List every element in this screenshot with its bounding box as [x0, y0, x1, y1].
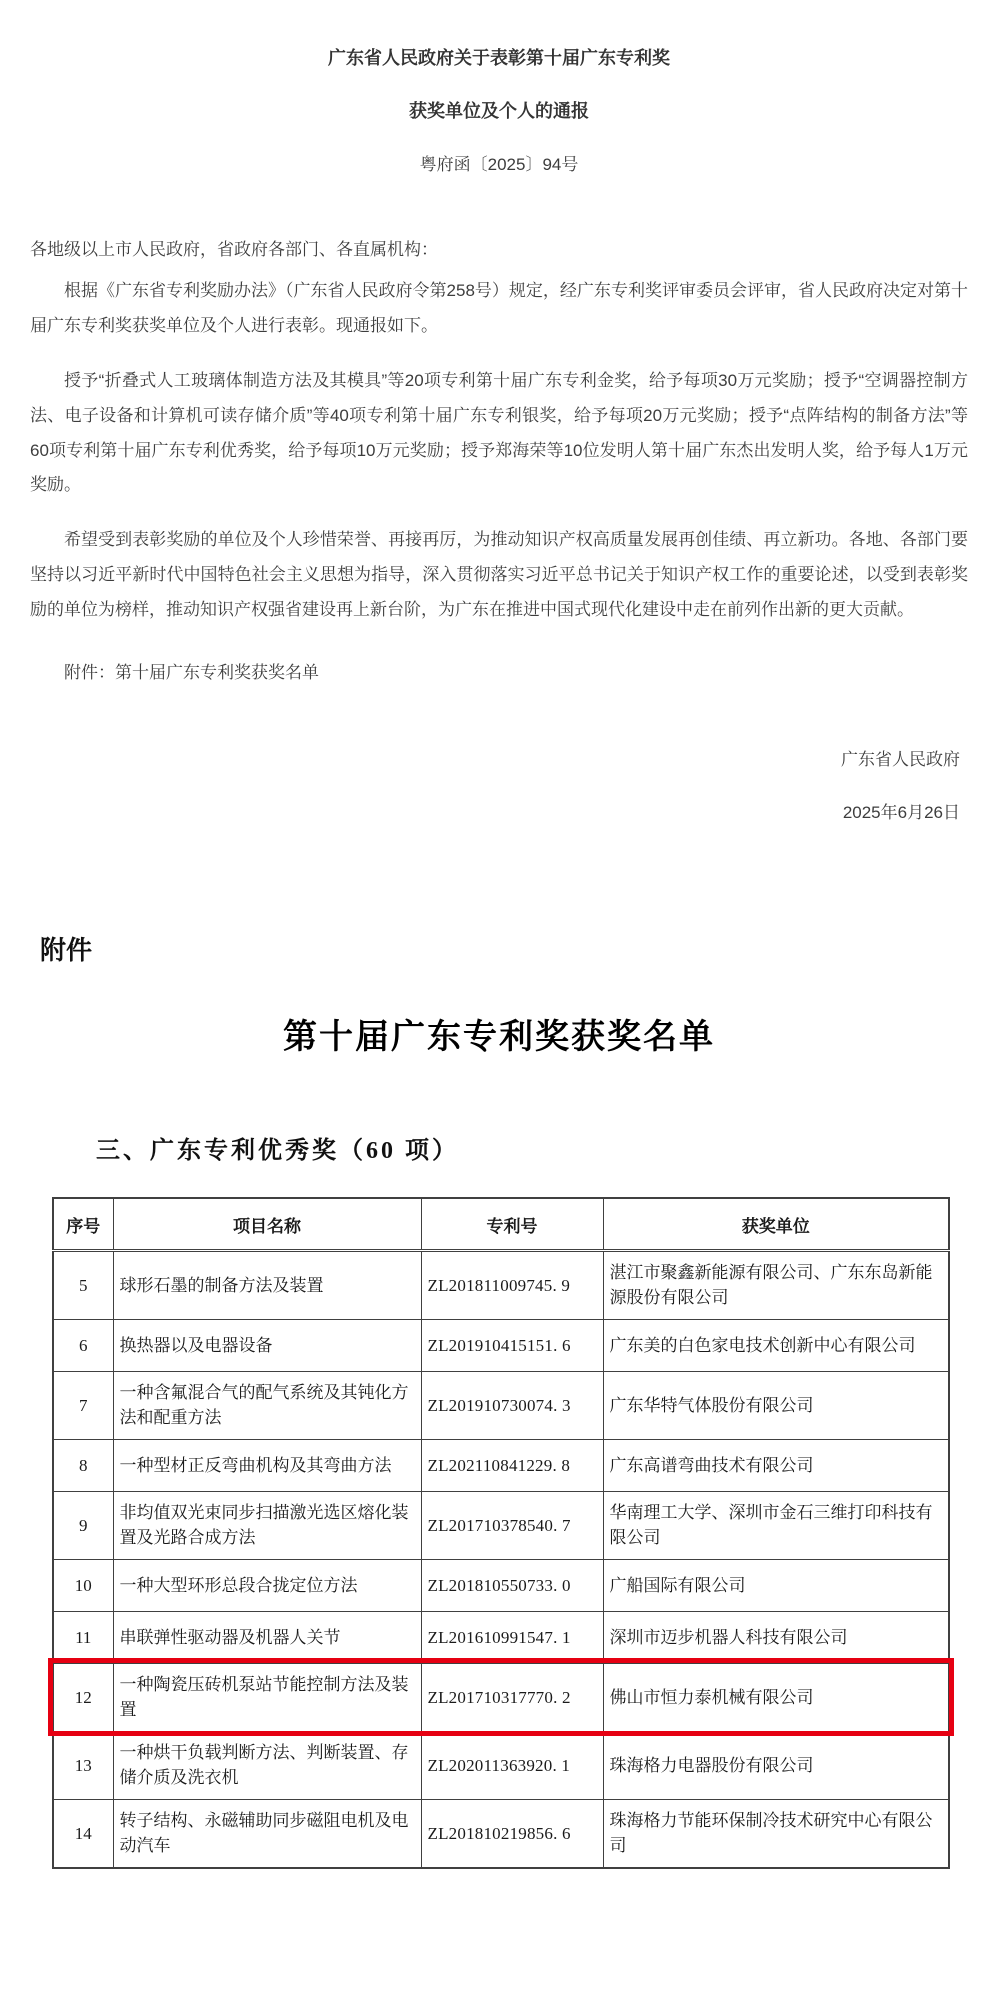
letter-paragraph: 根据《广东省专利奖励办法》（广东省人民政府令第258号）规定，经广东专利奖评审委… [30, 274, 968, 344]
letter-title-line1: 广东省人民政府关于表彰第十届广东专利奖 [30, 46, 968, 71]
patent-number: ZL201710378540. 7 [421, 1491, 603, 1559]
row-number: 8 [53, 1439, 113, 1491]
award-table-body: 5球形石墨的制备方法及装置ZL201811009745. 9湛江市聚鑫新能源有限… [53, 1250, 949, 1868]
section-heading: 三、广东专利优秀奖（60 项） [96, 1130, 968, 1165]
signature-block: 广东省人民政府 2025年6月26日 [30, 743, 968, 831]
row-number: 6 [53, 1319, 113, 1371]
project-name: 非均值双光束同步扫描激光选区熔化装置及光路合成方法 [113, 1491, 421, 1559]
row-number: 13 [53, 1731, 113, 1799]
letter-title-line2: 获奖单位及个人的通报 [30, 99, 968, 124]
column-header: 专利号 [421, 1198, 603, 1250]
attachment-section: 附件 第十届广东专利奖获奖名单 三、广东专利优秀奖（60 项） 序号项目名称专利… [30, 930, 968, 1869]
patent-number: ZL201810219856. 6 [421, 1799, 603, 1868]
row-number: 7 [53, 1371, 113, 1439]
doc-number: 粤府函〔2025〕94号 [30, 150, 968, 175]
signer-name: 广东省人民政府 [30, 743, 960, 778]
letter-section: 广东省人民政府关于表彰第十届广东专利奖 获奖单位及个人的通报 粤府函〔2025〕… [30, 46, 968, 830]
award-unit: 广东高谱弯曲技术有限公司 [603, 1439, 949, 1491]
document-page: { "letter": { "title_line1": "广东省人民政府关于表… [0, 0, 1000, 1997]
table-row: 11串联弹性驱动器及机器人关节ZL201610991547. 1深圳市迈步机器人… [53, 1611, 949, 1663]
project-name: 换热器以及电器设备 [113, 1319, 421, 1371]
patent-number: ZL201610991547. 1 [421, 1611, 603, 1663]
letter-paragraph: 希望受到表彰奖励的单位及个人珍惜荣誉、再接再厉，为推动知识产权高质量发展再创佳绩… [30, 523, 968, 628]
award-table: 序号项目名称专利号获奖单位 5球形石墨的制备方法及装置ZL20181100974… [52, 1197, 950, 1869]
patent-number: ZL201910730074. 3 [421, 1371, 603, 1439]
project-name: 一种型材正反弯曲机构及其弯曲方法 [113, 1439, 421, 1491]
row-number: 14 [53, 1799, 113, 1868]
row-number: 12 [53, 1663, 113, 1731]
award-unit: 湛江市聚鑫新能源有限公司、广东东岛新能源股份有限公司 [603, 1250, 949, 1319]
award-unit: 珠海格力电器股份有限公司 [603, 1731, 949, 1799]
patent-number: ZL201810550733. 0 [421, 1559, 603, 1611]
patent-number: ZL202110841229. 8 [421, 1439, 603, 1491]
award-unit: 华南理工大学、深圳市金石三维打印科技有限公司 [603, 1491, 949, 1559]
column-header: 获奖单位 [603, 1198, 949, 1250]
project-name: 转子结构、永磁辅助同步磁阻电机及电动汽车 [113, 1799, 421, 1868]
project-name: 球形石墨的制备方法及装置 [113, 1250, 421, 1319]
patent-number: ZL201910415151. 6 [421, 1319, 603, 1371]
signature-date: 2025年6月26日 [30, 796, 960, 831]
salutation: 各地级以上市人民政府，省政府各部门、各直属机构： [30, 233, 968, 268]
award-table-header-row: 序号项目名称专利号获奖单位 [53, 1198, 949, 1250]
table-row: 14转子结构、永磁辅助同步磁阻电机及电动汽车ZL201810219856. 6珠… [53, 1799, 949, 1868]
patent-number: ZL201710317770. 2 [421, 1663, 603, 1731]
award-unit: 广船国际有限公司 [603, 1559, 949, 1611]
award-unit: 佛山市恒力泰机械有限公司 [603, 1663, 949, 1731]
project-name: 一种陶瓷压砖机泵站节能控制方法及装置 [113, 1663, 421, 1731]
attachment-title: 第十届广东专利奖获奖名单 [30, 1009, 968, 1058]
attachment-label: 附件 [30, 930, 968, 967]
row-number: 9 [53, 1491, 113, 1559]
award-unit: 广东美的白色家电技术创新中心有限公司 [603, 1319, 949, 1371]
row-number: 10 [53, 1559, 113, 1611]
letter-paragraph: 授予“折叠式人工玻璃体制造方法及其模具”等20项专利第十届广东专利金奖，给予每项… [30, 364, 968, 503]
table-row: 9非均值双光束同步扫描激光选区熔化装置及光路合成方法ZL201710378540… [53, 1491, 949, 1559]
row-number: 5 [53, 1250, 113, 1319]
table-row: 8一种型材正反弯曲机构及其弯曲方法ZL202110841229. 8广东高谱弯曲… [53, 1439, 949, 1491]
table-row: 7一种含氟混合气的配气系统及其钝化方法和配重方法ZL201910730074. … [53, 1371, 949, 1439]
table-row-highlighted: 12一种陶瓷压砖机泵站节能控制方法及装置ZL201710317770. 2佛山市… [53, 1663, 949, 1731]
project-name: 一种含氟混合气的配气系统及其钝化方法和配重方法 [113, 1371, 421, 1439]
patent-number: ZL201811009745. 9 [421, 1250, 603, 1319]
project-name: 一种烘干负载判断方法、判断装置、存储介质及洗衣机 [113, 1731, 421, 1799]
table-row: 5球形石墨的制备方法及装置ZL201811009745. 9湛江市聚鑫新能源有限… [53, 1250, 949, 1319]
table-row: 13一种烘干负载判断方法、判断装置、存储介质及洗衣机ZL202011363920… [53, 1731, 949, 1799]
column-header: 项目名称 [113, 1198, 421, 1250]
project-name: 串联弹性驱动器及机器人关节 [113, 1611, 421, 1663]
award-unit: 广东华特气体股份有限公司 [603, 1371, 949, 1439]
patent-number: ZL202011363920. 1 [421, 1731, 603, 1799]
page: 广东省人民政府关于表彰第十届广东专利奖 获奖单位及个人的通报 粤府函〔2025〕… [0, 0, 1000, 1869]
attachment-note: 附件：第十届广东专利奖获奖名单 [30, 656, 968, 691]
row-number: 11 [53, 1611, 113, 1663]
letter-paragraphs: 根据《广东省专利奖励办法》（广东省人民政府令第258号）规定，经广东专利奖评审委… [30, 274, 968, 628]
award-unit: 深圳市迈步机器人科技有限公司 [603, 1611, 949, 1663]
table-row: 6换热器以及电器设备ZL201910415151. 6广东美的白色家电技术创新中… [53, 1319, 949, 1371]
project-name: 一种大型环形总段合拢定位方法 [113, 1559, 421, 1611]
table-row: 10一种大型环形总段合拢定位方法ZL201810550733. 0广船国际有限公… [53, 1559, 949, 1611]
column-header: 序号 [53, 1198, 113, 1250]
award-unit: 珠海格力节能环保制冷技术研究中心有限公司 [603, 1799, 949, 1868]
